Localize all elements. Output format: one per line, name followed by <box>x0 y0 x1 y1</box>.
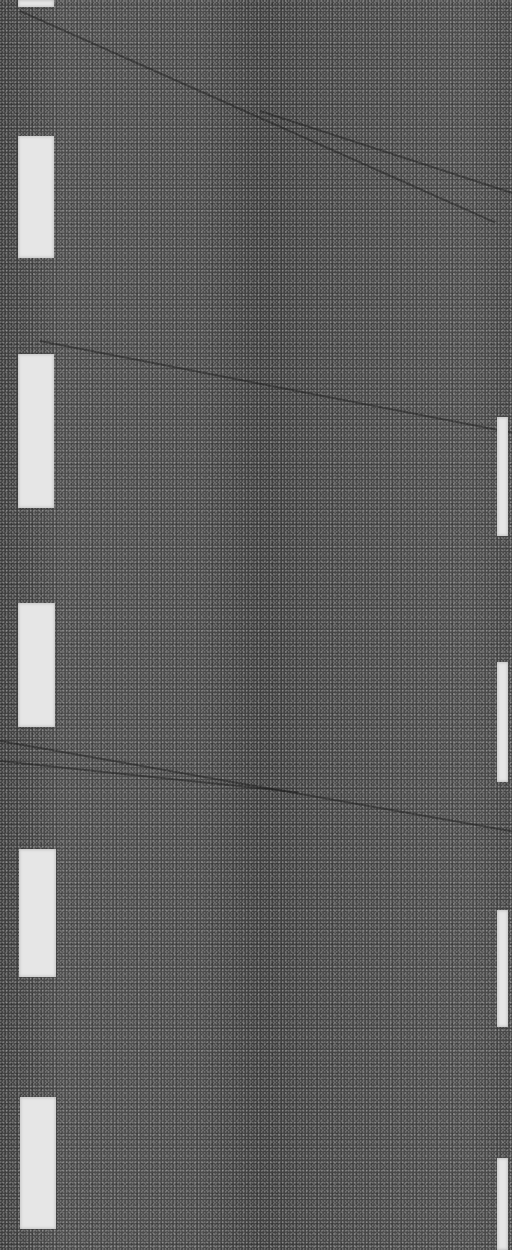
asphalt-road <box>0 0 512 1250</box>
lane-marking-left <box>18 136 54 258</box>
asphalt-texture <box>0 0 512 1250</box>
lane-marking-left <box>18 354 54 508</box>
lane-marking-left <box>18 0 54 7</box>
lane-marking-left <box>19 849 56 977</box>
lane-marking-right <box>497 662 508 782</box>
lane-marking-right <box>497 417 508 536</box>
lane-marking-left <box>20 1097 56 1229</box>
lane-marking-right <box>497 910 508 1027</box>
lane-marking-right <box>497 1158 508 1250</box>
lane-marking-left <box>18 603 55 727</box>
